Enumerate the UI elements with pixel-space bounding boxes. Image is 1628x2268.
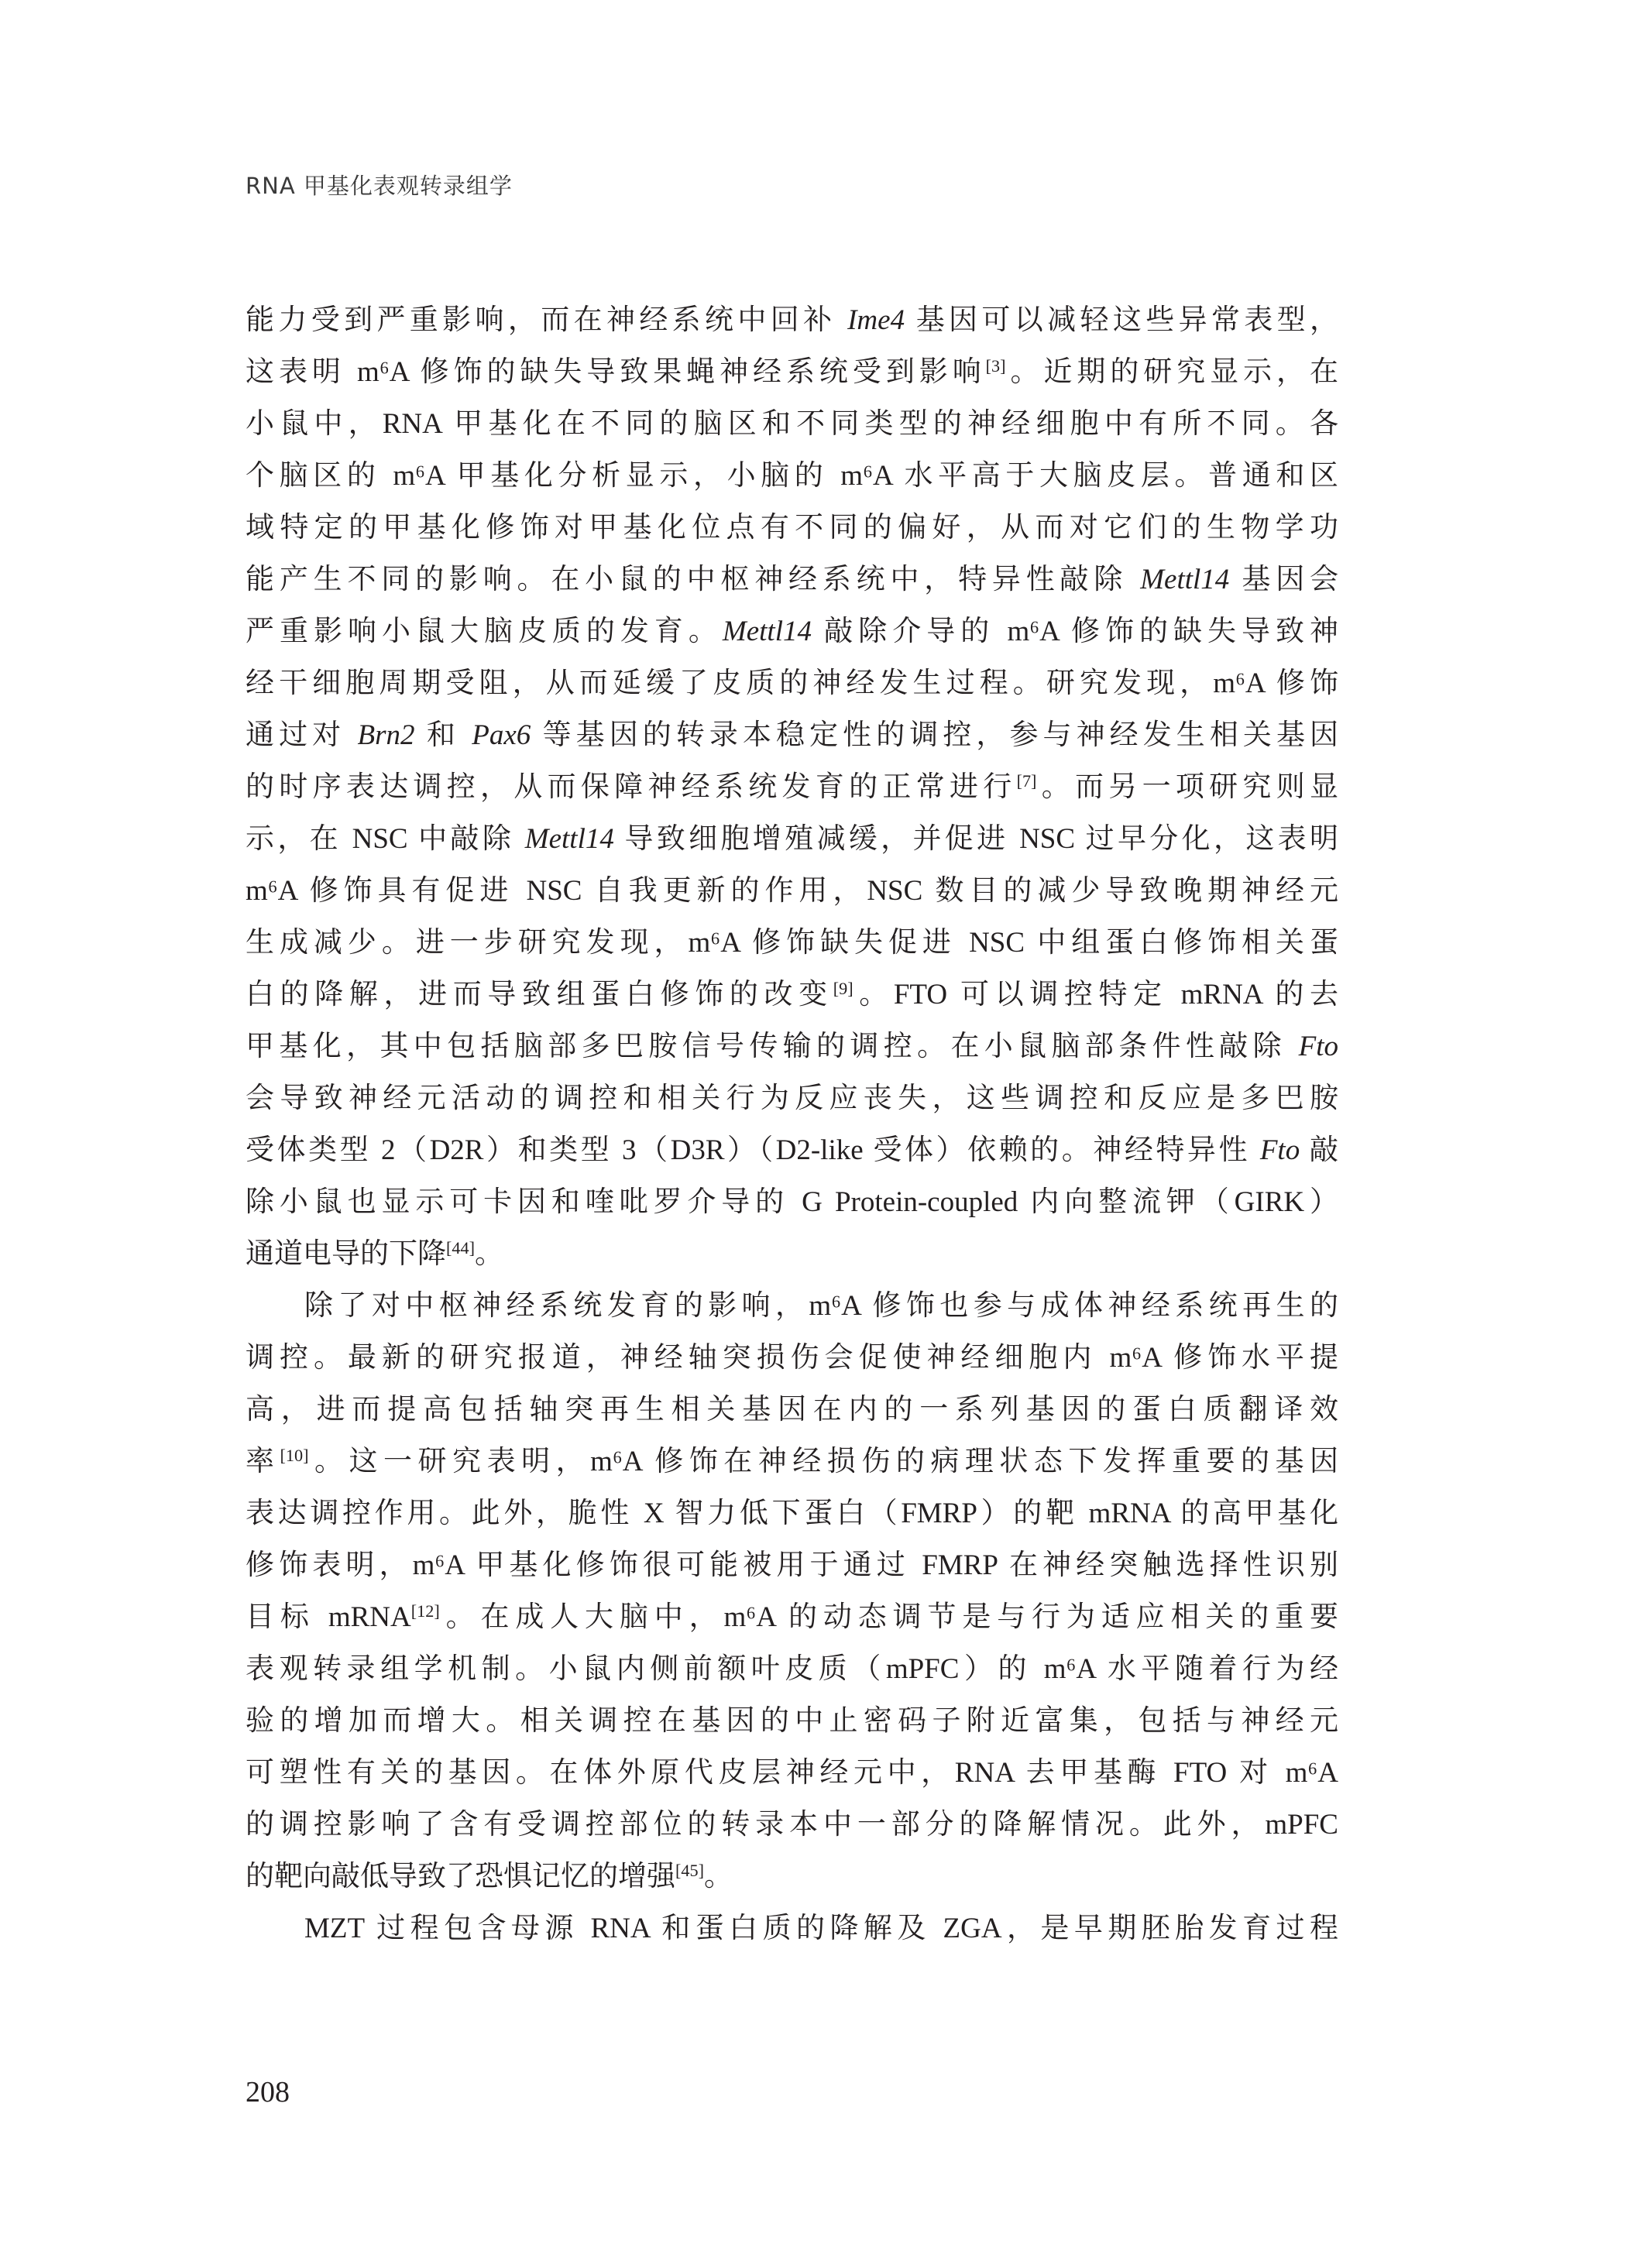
citation: [3]: [986, 356, 1006, 376]
gene-name: Ime4: [847, 304, 905, 336]
text-line: MZT 过程包含母源 RNA 和蛋白质的降解及 ZGA，是早期胚胎发育过程: [246, 1903, 1338, 1954]
text-line: 验的增加而增大。相关调控在基因的中止密码子附近富集，包括与神经元: [246, 1695, 1338, 1747]
text-line: 表观转录组学机制。小鼠内侧前额叶皮质（mPFC）的 m⁶A 水平随着行为经: [246, 1643, 1338, 1695]
text-line: 的时序表达调控，从而保障神经系统发育的正常进行[7]。而另一项研究则显: [246, 761, 1338, 813]
text-line: 能产生不同的影响。在小鼠的中枢神经系统中，特异性敲除 Mettl14 基因会: [246, 554, 1338, 606]
text-line: 的调控影响了含有受调控部位的转录本中一部分的降解情况。此外，mPFC: [246, 1799, 1338, 1851]
text-line: 经干细胞周期受阻，从而延缓了皮质的神经发生过程。研究发现，m⁶A 修饰: [246, 657, 1338, 709]
text-line: 通过对 Brn2 和 Pax6 等基因的转录本稳定性的调控，参与神经发生相关基因: [246, 709, 1338, 761]
citation: [7]: [1017, 771, 1037, 791]
text-line: 域特定的甲基化修饰对甲基化位点有不同的偏好，从而对它们的生物学功: [246, 502, 1338, 554]
citation: [45]: [675, 1861, 704, 1880]
text-line: 除小鼠也显示可卡因和喹吡罗介导的 G Protein-coupled 内向整流钾…: [246, 1176, 1338, 1228]
text-line: 表达调控作用。此外，脆性 X 智力低下蛋白（FMRP）的靶 mRNA 的高甲基化: [246, 1487, 1338, 1539]
text-line: 小鼠中，RNA 甲基化在不同的脑区和不同类型的神经细胞中有所不同。各: [246, 398, 1338, 450]
text-line: 严重影响小鼠大脑皮质的发育。Mettl14 敲除介导的 m⁶A 修饰的缺失导致神: [246, 606, 1338, 657]
running-header: RNA 甲基化表观转录组学: [246, 169, 513, 201]
text-line: 通道电导的下降[44]。: [246, 1228, 1338, 1280]
gene-name: Fto: [1299, 1031, 1338, 1062]
citation: [12]: [411, 1601, 440, 1621]
citation: [9]: [833, 979, 853, 998]
gene-name: Mettl14: [525, 823, 614, 855]
text-line: 白的降解，进而导致组蛋白修饰的改变[9]。FTO 可以调控特定 mRNA 的去: [246, 969, 1338, 1021]
text-line: 高，进而提高包括轴突再生相关基因在内的一系列基因的蛋白质翻译效: [246, 1384, 1338, 1436]
body-text: 能力受到严重影响，而在神经系统中回补 Ime4 基因可以减轻这些异常表型，这表明…: [246, 294, 1338, 1954]
text-line: 生成减少。进一步研究发现，m⁶A 修饰缺失促进 NSC 中组蛋白修饰相关蛋: [246, 917, 1338, 969]
citation: [10]: [280, 1446, 309, 1465]
text-line: 这表明 m⁶A 修饰的缺失导致果蝇神经系统受到影响[3]。近期的研究显示，在: [246, 346, 1338, 398]
text-line: 能力受到严重影响，而在神经系统中回补 Ime4 基因可以减轻这些异常表型，: [246, 294, 1338, 346]
gene-name: Mettl14: [723, 616, 812, 647]
text-line: 受体类型 2（D2R）和类型 3（D3R）（D2-like 受体）依赖的。神经特…: [246, 1124, 1338, 1176]
text-line: 除了对中枢神经系统发育的影响，m⁶A 修饰也参与成体神经系统再生的: [246, 1280, 1338, 1332]
text-line: 率[10]。这一研究表明，m⁶A 修饰在神经损伤的病理状态下发挥重要的基因: [246, 1436, 1338, 1487]
text-line: 的靶向敲低导致了恐惧记忆的增强[45]。: [246, 1851, 1338, 1903]
text-line: m⁶A 修饰具有促进 NSC 自我更新的作用，NSC 数目的减少导致晚期神经元: [246, 865, 1338, 917]
gene-name: Mettl14: [1140, 564, 1229, 595]
text-line: 修饰表明，m⁶A 甲基化修饰很可能被用于通过 FMRP 在神经突触选择性识别: [246, 1539, 1338, 1591]
gene-name: Pax6: [472, 719, 531, 751]
gene-name: Fto: [1260, 1134, 1300, 1166]
text-line: 调控。最新的研究报道，神经轴突损伤会促使神经细胞内 m⁶A 修饰水平提: [246, 1332, 1338, 1384]
text-line: 目标 mRNA[12]。在成人大脑中，m⁶A 的动态调节是与行为适应相关的重要: [246, 1591, 1338, 1643]
text-line: 个脑区的 m⁶A 甲基化分析显示，小脑的 m⁶A 水平高于大脑皮层。普通和区: [246, 450, 1338, 502]
text-line: 会导致神经元活动的调控和相关行为反应丧失，这些调控和反应是多巴胺: [246, 1072, 1338, 1124]
text-line: 示，在 NSC 中敲除 Mettl14 导致细胞增殖减缓，并促进 NSC 过早分…: [246, 813, 1338, 865]
gene-name: Brn2: [358, 719, 415, 751]
text-line: 甲基化，其中包括脑部多巴胺信号传输的调控。在小鼠脑部条件性敲除 Fto: [246, 1021, 1338, 1072]
citation: [44]: [446, 1238, 475, 1258]
page-number: 208: [246, 2075, 290, 2109]
text-line: 可塑性有关的基因。在体外原代皮层神经元中，RNA 去甲基酶 FTO 对 m⁶A: [246, 1747, 1338, 1799]
